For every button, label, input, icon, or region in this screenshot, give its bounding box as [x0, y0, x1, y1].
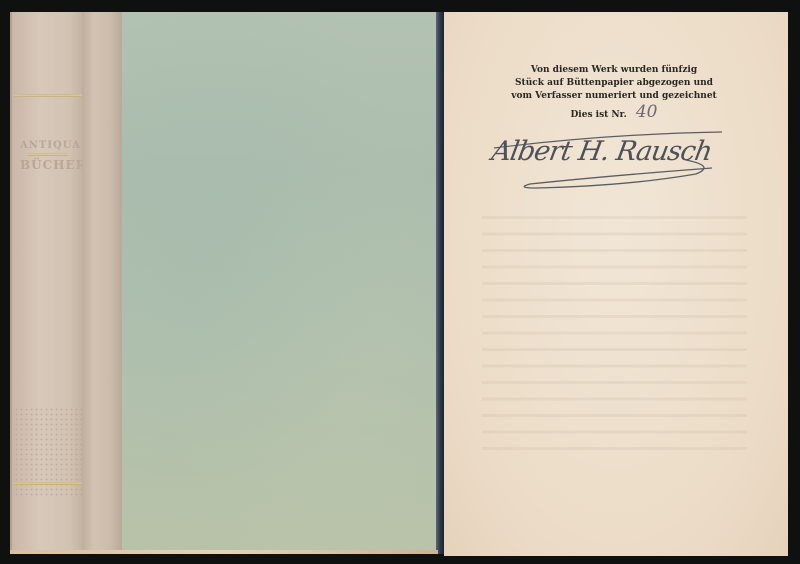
bleed-through-text [482, 207, 747, 462]
spine-gilt-rule [28, 153, 68, 156]
cover-edge [436, 12, 444, 554]
colophon-line-2: Stück auf Büttenpapier abgezogen und [494, 77, 734, 90]
spine-gilt-band [14, 94, 82, 97]
cover-bottom-edge [10, 550, 438, 554]
photo-scene: ANTIQUA BÜCHER Von diesem Werk wurden fü… [0, 0, 800, 564]
book-cover: ANTIQUA BÜCHER [10, 12, 440, 556]
number-label: Dies ist Nr. [571, 110, 627, 120]
cover-board [122, 12, 438, 552]
spine-label-bottom: BÜCHER [20, 158, 76, 172]
spine-label-top: ANTIQUA [20, 140, 76, 151]
spine-gilt-band-lower [14, 482, 82, 485]
signature-text: Albert H. Rausch [489, 136, 714, 167]
book-hinge [82, 12, 122, 552]
colophon-line-1: Von diesem Werk wurden fünfzig [494, 64, 734, 77]
limitation-page: Von diesem Werk wurden fünfzig Stück auf… [444, 12, 788, 556]
handwritten-number: 40 [636, 102, 658, 122]
author-signature: Albert H. Rausch [486, 124, 726, 194]
edition-number-row: Dies ist Nr. 40 [514, 102, 714, 122]
colophon-text: Von diesem Werk wurden fünfzig Stück auf… [494, 64, 734, 103]
book-spine: ANTIQUA BÜCHER [10, 12, 84, 552]
